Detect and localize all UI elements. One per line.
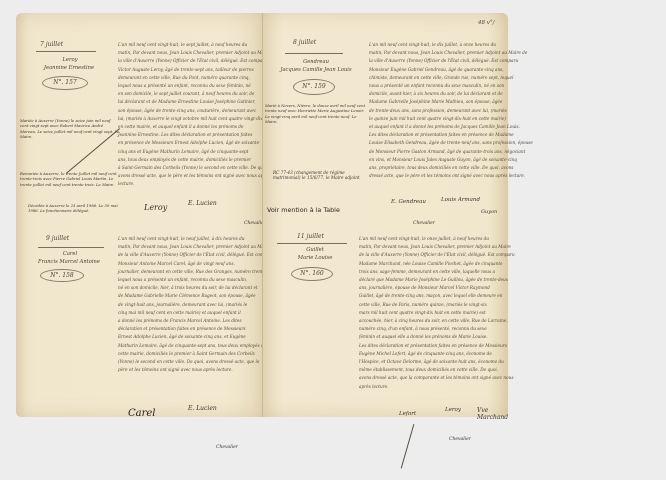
margin-note-remarriage: Remariée à Auxerre, le trente Juillet mi…	[20, 171, 120, 187]
divider	[38, 247, 104, 248]
signature-father: Leroy	[144, 203, 167, 212]
act-number: N°. 157	[42, 76, 88, 90]
signature-declarant: Vve Marchand	[477, 407, 508, 421]
signature-stroke	[401, 424, 414, 468]
signature-witness-1: Lefort	[399, 411, 416, 417]
signature-witness-1: Louis Armand	[441, 197, 480, 203]
signature-father: Carel	[128, 408, 156, 419]
entry-given-names: Jeannine Ernestine	[26, 65, 112, 71]
act-number: N°. 159	[293, 79, 335, 95]
signature-witness-2: Leroy	[445, 407, 461, 413]
margin-note-marriage: Mariée à Auxerre (Yonne) le seize juin m…	[20, 118, 120, 140]
signature-officer: Chevalier	[413, 221, 435, 226]
entry-given-names: Marie Louise	[277, 255, 353, 261]
entry-date: 9 juillet	[46, 235, 69, 242]
entry-given-names: Jacques Camille Jean Louis	[263, 67, 369, 73]
page-number: 48 v°/	[478, 20, 494, 26]
act-number: N°. 160	[291, 267, 333, 281]
signature-witness-2: Guyon	[481, 209, 497, 215]
entry-surname: Leroy	[32, 57, 108, 63]
signature-witness-1: E. Lucien	[188, 405, 217, 412]
entry-surname: Guillet	[277, 247, 353, 253]
entry-body: L'an mil neuf cent vingt-huit, le onze j…	[359, 235, 571, 391]
entry-given-names: Francis Marcel Antoine	[22, 259, 116, 265]
signature-officer: Chevalier	[449, 437, 471, 442]
left-page: 7 juillet Leroy Jeannine Ernestine N°. 1…	[16, 13, 263, 417]
entry-body: L'an mil neuf cent vingt-huit, le dix ju…	[369, 41, 575, 180]
divider	[277, 243, 347, 244]
table-mention: Voir mention à la Table	[267, 206, 340, 214]
signature-witness-1: E. Lucien	[188, 200, 217, 207]
entry-date: 11 juillet	[297, 233, 324, 240]
entry-surname: Gendreau	[273, 59, 359, 65]
signature-officer: Chevalier	[216, 445, 238, 450]
margin-note-death: Décédée à Auxerre le 23 avril 1986. Le 3…	[28, 203, 118, 214]
margin-note-regime-change: RC 77-43 (changement de régime matrimoni…	[273, 170, 361, 181]
margin-note-marriage: Marié à Nevers, Nièvre, le douze avril m…	[265, 103, 369, 125]
entry-date: 7 juillet	[40, 41, 63, 48]
entry-date: 8 juillet	[293, 39, 316, 46]
right-page: 48 v°/ 8 juillet Gendreau Jacques Camill…	[263, 13, 508, 417]
entry-surname: Carel	[32, 251, 108, 257]
act-number: N°. 158	[40, 269, 84, 282]
signature-father: E. Gendreau	[391, 199, 426, 205]
divider	[36, 51, 96, 52]
divider	[285, 53, 343, 54]
